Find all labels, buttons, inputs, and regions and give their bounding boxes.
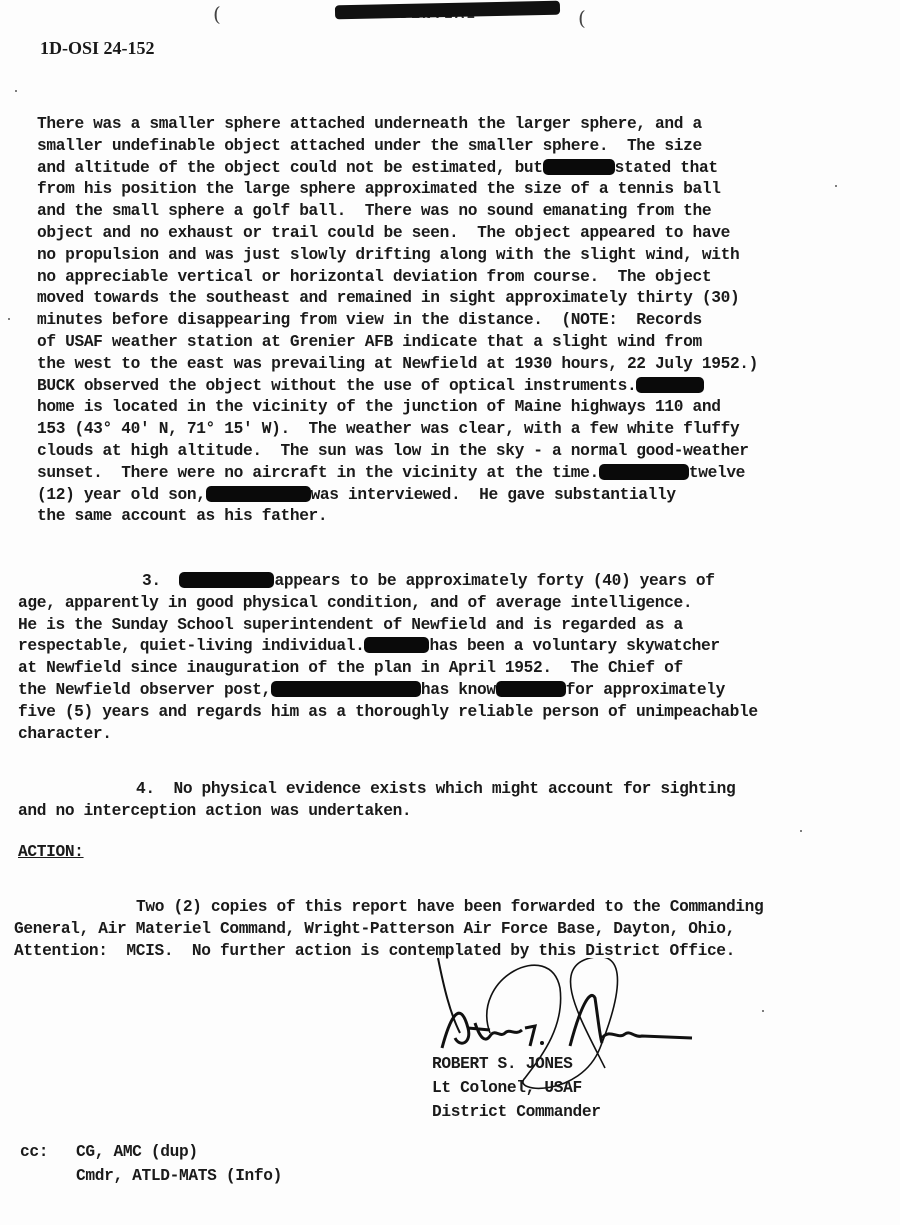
text-line: sunset. There were no aircraft in the vi… bbox=[37, 463, 745, 483]
text-line: five (5) years and regards him as a thor… bbox=[18, 702, 758, 722]
signer-title: District Commander bbox=[432, 1102, 601, 1122]
redaction-block bbox=[271, 681, 421, 697]
text-line: object and no exhaust or trail could be … bbox=[37, 223, 730, 243]
text-line: age, apparently in good physical conditi… bbox=[18, 593, 692, 613]
cc-label: cc: bbox=[20, 1142, 48, 1162]
text-line: the same account as his father. bbox=[37, 506, 327, 526]
text-line: character. bbox=[18, 724, 112, 744]
text-line: 3. appears to be approximately forty (40… bbox=[142, 571, 715, 591]
text-line: 4. No physical evidence exists which mig… bbox=[136, 779, 735, 799]
document-page: ( CONFIDENTIAL ( 1D-OSI 24-152 There was… bbox=[0, 0, 900, 1225]
text-line: the west to the east was prevailing at N… bbox=[37, 354, 758, 374]
redaction-block bbox=[496, 681, 566, 697]
text-line: There was a smaller sphere attached unde… bbox=[37, 114, 702, 134]
punch-mark: ( bbox=[578, 6, 586, 30]
file-number: 1D-OSI 24-152 bbox=[40, 38, 155, 58]
scan-speck bbox=[8, 318, 10, 320]
signer-rank: Lt Colonel, USAF bbox=[432, 1078, 582, 1098]
text-line: and no interception action was undertake… bbox=[18, 801, 411, 821]
text-line: no propulsion and was just slowly drifti… bbox=[37, 245, 739, 265]
text-line: moved towards the southeast and remained… bbox=[37, 288, 739, 308]
redaction-block bbox=[636, 377, 704, 393]
cc-recipient: CG, AMC (dup) bbox=[76, 1142, 198, 1162]
classification-stamp-redaction bbox=[335, 1, 560, 20]
scan-speck bbox=[800, 830, 802, 832]
text-line: of USAF weather station at Grenier AFB i… bbox=[37, 332, 702, 352]
text-line: 153 (43° 40' N, 71° 15' W). The weather … bbox=[37, 419, 739, 439]
scan-speck bbox=[15, 90, 17, 92]
text-line: the Newfield observer post,has knowfor a… bbox=[18, 680, 725, 700]
paragraph-number: 3. bbox=[142, 572, 179, 590]
text-line: no appreciable vertical or horizontal de… bbox=[37, 267, 711, 287]
text-line: respectable, quiet-living individual.has… bbox=[18, 636, 720, 656]
redaction-block bbox=[599, 464, 689, 480]
text-line: Two (2) copies of this report have been … bbox=[136, 897, 763, 917]
text-line: and altitude of the object could not be … bbox=[37, 158, 718, 178]
redaction-block bbox=[543, 159, 615, 175]
text-line: (12) year old son,was interviewed. He ga… bbox=[37, 485, 676, 505]
redaction-block bbox=[364, 637, 429, 653]
text-line: home is located in the vicinity of the j… bbox=[37, 397, 721, 417]
text-line: at Newfield since inauguration of the pl… bbox=[18, 658, 683, 678]
redaction-block bbox=[179, 572, 274, 588]
text-line: clouds at high altitude. The sun was low… bbox=[37, 441, 749, 461]
signer-name: ROBERT S. JONES bbox=[432, 1054, 572, 1074]
text-line: BUCK observed the object without the use… bbox=[37, 376, 704, 396]
text-line: smaller undefinable object attached unde… bbox=[37, 136, 702, 156]
punch-mark: ( bbox=[213, 2, 221, 26]
scan-speck bbox=[835, 185, 837, 187]
text-line: from his position the large sphere appro… bbox=[37, 179, 721, 199]
cc-recipient: Cmdr, ATLD-MATS (Info) bbox=[76, 1166, 282, 1186]
text-line: He is the Sunday School superintendent o… bbox=[18, 615, 683, 635]
text-line: General, Air Materiel Command, Wright-Pa… bbox=[14, 919, 735, 939]
action-heading: ACTION: bbox=[18, 842, 84, 862]
text-line: minutes before disappearing from view in… bbox=[37, 310, 702, 330]
redaction-block bbox=[206, 486, 311, 502]
text-line: and the small sphere a golf ball. There … bbox=[37, 201, 711, 221]
scan-speck bbox=[762, 1010, 764, 1012]
